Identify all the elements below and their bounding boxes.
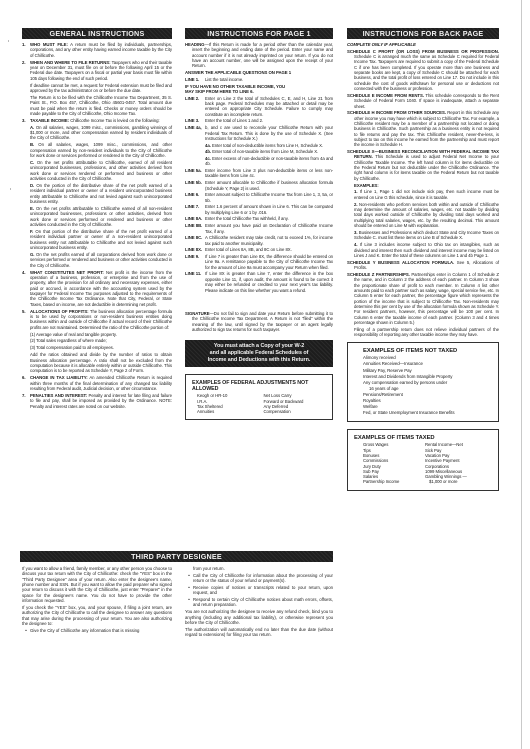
third-party-para-4: The authorization will automatically end… <box>185 627 333 638</box>
page1-instructions-header: INSTRUCTIONS FOR PAGE 1 <box>185 28 333 39</box>
extension-note: If deadline cannot be met, a request for… <box>22 83 172 94</box>
line-4-instruction: LINE 4a,b, and c are used to reconcile y… <box>185 125 333 141</box>
third-party-para-1: If you want to allow a friend, family me… <box>22 566 172 603</box>
third-party-col2: from your return. •Call the City of Chil… <box>185 566 333 639</box>
answer-questions-heading: ANSWER THE APPLICABLE QUESTIONS ON PAGE … <box>185 70 333 75</box>
line-7-instruction: LINE 7.Enter 1.6 percent of amount shown… <box>185 204 333 215</box>
schedule-h-instruction: SCHEDULE H INCOME FROM OTHER SOURCES. Re… <box>347 110 499 147</box>
schedule-x-instruction: SCHEDULE X—BUSINESS RECONCILIATION WITH … <box>347 149 499 181</box>
line-5b-instruction: LINE 5b.Enter amount allocable to Chilli… <box>185 180 333 191</box>
signature-instruction: SIGNATURE—Do not fail to sign and date y… <box>185 311 333 332</box>
line-2-instruction: LINE 2.Enter on Line 2 the total of Sche… <box>185 96 333 117</box>
third-party-para-2: If you check the "YES" box, you, and you… <box>22 605 172 626</box>
schedule-y-instruction: SCHEDULE Y BUSINESS ALLOCATION FORMULA. … <box>347 260 499 271</box>
w2-attach-callout: You must attach a Copy of your W-2 and a… <box>185 340 333 367</box>
line-9-instruction: LINE 9.If Line 7 is greater than Line 8X… <box>185 254 333 270</box>
heading-instruction: HEADING—If this Return is made for a per… <box>185 42 333 69</box>
allocation-factor-1: (1) Average value of real and tangible p… <box>30 332 172 337</box>
third-party-col1: If you want to allow a friend, family me… <box>22 566 172 635</box>
line-8c-instruction: LINE 8C.A Chillicothe resident may take … <box>185 235 333 246</box>
scan-speck <box>8 40 9 42</box>
examples-label: EXAMPLES: <box>354 183 499 188</box>
item-who-must-file: 1. WHO MUST FILE: A return must be filed… <box>22 42 172 58</box>
allocation-factor-3: (3) Total compensation paid to all emplo… <box>30 345 172 350</box>
skip-note-2: MAY SKIP FROM HERE TO LINE 6. <box>185 89 333 94</box>
taxable-income-d: D. On the portion of the distributive sh… <box>30 183 172 204</box>
line-11-instruction: LINE 11.If Line 8X is greater than Line … <box>185 271 333 292</box>
taxable-income-c: C. On the net profits attributable to Ch… <box>30 160 172 181</box>
allocation-computation: Add the ratios obtained and divide by th… <box>30 352 172 373</box>
third-party-bullet-1: •Call the City of Chillicothe for inform… <box>185 573 333 584</box>
complete-if-applicable: COMPLETE ONLY IF APPLICABLE <box>347 42 499 47</box>
items-taxed-list: Gross WagesRental Income—Net TipsSick Pa… <box>354 442 492 484</box>
page-edge-line <box>521 0 522 749</box>
schedule-x-example-4: 4. If Line 3 includes income subject to … <box>354 242 499 258</box>
line-6-instruction: LINE 6.Enter amount subject to Chillicot… <box>185 192 333 203</box>
line-5a-instruction: LINE 5a.Enter income from Line 3 plus no… <box>185 168 333 179</box>
items-taxed-title: EXAMPLES OF ITEMS TAXED <box>354 435 492 441</box>
line-4a-instruction: 4a. Enter total of non-deductible items … <box>185 143 333 148</box>
federal-adjustments-box: EXAMPLES OF FEDERAL ADJUSTMENTS NOT ALLO… <box>185 374 333 420</box>
third-party-bullet-0: •Give the City of Chillicothe any inform… <box>22 628 172 633</box>
schedule-c-instruction: SCHEDULE C PROFIT (OR LOSS) FROM BUSINES… <box>347 49 499 92</box>
taxable-income-a: A. On all salaries, wages, 1099 misc., c… <box>30 125 172 141</box>
allocation-factor-2: (2) Total sales regardless of where made… <box>30 338 172 343</box>
items-not-taxed-box: EXAMPLES OF ITEMS NOT TAXED Alimony rece… <box>347 342 499 422</box>
schedule-x-example-3: 3. Businesses and Professions which dedu… <box>354 230 499 241</box>
third-party-para-3: You are not authorizing the designee to … <box>185 609 333 625</box>
line-1-instruction: LINE 1.List the total income. <box>185 77 333 82</box>
taxable-income-g: G. On the net profits earned of all corp… <box>30 252 172 268</box>
taxable-income-b: B. On all salaries, wages, 1099 misc., c… <box>30 142 172 158</box>
items-taxed-box: EXAMPLES OF ITEMS TAXED Gross WagesRenta… <box>347 429 499 490</box>
partnership-note: Filing of a partnership return does not … <box>347 327 499 338</box>
federal-adjustments-list: Keogh or HR-10Net Loss Carry I.R.A.Forwa… <box>192 393 326 414</box>
page1-instructions-column: INSTRUCTIONS FOR PAGE 1 HEADING—If this … <box>185 28 333 420</box>
item-taxable-income: 3. TAXABLE INCOME: Chillicothe Income Ta… <box>22 118 172 123</box>
line-4b-instruction: 4b. Enter total of non-taxable items fro… <box>185 149 333 154</box>
schedule-x-example-2: 2. Non-residents who perform services bo… <box>354 202 499 229</box>
federal-adjustments-title: EXAMPLES OF FEDERAL ADJUSTMENTS NOT ALLO… <box>192 380 326 392</box>
taxable-income-e: E. On the net profits attributable to Ch… <box>30 206 172 227</box>
line-8x-instruction: LINE 8X.Enter total of Lines 8A, 8B, and… <box>185 247 333 252</box>
item-when-where-to-file: 2. WHEN AND WHERE TO FILE RETURNS: Taxpa… <box>22 60 172 81</box>
third-party-continued: from your return. <box>185 566 333 571</box>
general-instructions-header: GENERAL INSTRUCTIONS <box>22 28 172 39</box>
line-8a-instruction: LINE 8A.Enter the total Chillicothe Tax … <box>185 216 333 221</box>
general-instructions-column: GENERAL INSTRUCTIONS 1. WHO MUST FILE: A… <box>22 28 172 411</box>
schedule-e-instruction: SCHEDULE E INCOME FROM RENTS. This sched… <box>347 93 499 109</box>
third-party-bullet-2: •Receive copies of notices or transcript… <box>185 585 333 596</box>
line-4c-instruction: 4c. Enter excess of non-deductible or no… <box>185 156 333 167</box>
item-change-in-liability: 6. CHANGE IN TAX LIABILITY: An amended C… <box>22 375 172 391</box>
taxable-income-f: F. On that portion of the distributive s… <box>30 229 172 250</box>
back-page-instructions-column: INSTRUCTIONS FOR BACK PAGE COMPLETE ONLY… <box>347 28 499 491</box>
filing-address: The Return is to be filed with the Chill… <box>22 95 172 116</box>
back-page-instructions-header: INSTRUCTIONS FOR BACK PAGE <box>347 28 499 39</box>
schedule-x-example-1: 1. If Line 1, Page 1 did not include sic… <box>354 189 499 200</box>
line-8b-instruction: LINE 8B.Enter amount you have paid on De… <box>185 223 333 234</box>
line-3-instruction: LINE 3.Enter the total of Lines 1 and 2. <box>185 118 333 123</box>
items-not-taxed-title: EXAMPLES OF ITEMS NOT TAXED <box>354 348 492 354</box>
item-net-profit: 4. WHAT CONSTITUTES NET PROFIT: Net prof… <box>22 270 172 307</box>
schedule-z-instruction: SCHEDULE Z PARTNERSHIPS. Partnerships en… <box>347 272 499 325</box>
third-party-designee-header: THIRD PARTY DESIGNEE <box>20 551 333 562</box>
scan-speck <box>10 188 11 190</box>
item-penalties: 7. PENALTIES AND INTEREST: Penalty and i… <box>22 393 172 409</box>
item-allocations: 5. ALLOCATIONS OF PROFITS: The business … <box>22 309 172 330</box>
third-party-bullet-3: •Respond to certain City of Chillicothe … <box>185 597 333 608</box>
